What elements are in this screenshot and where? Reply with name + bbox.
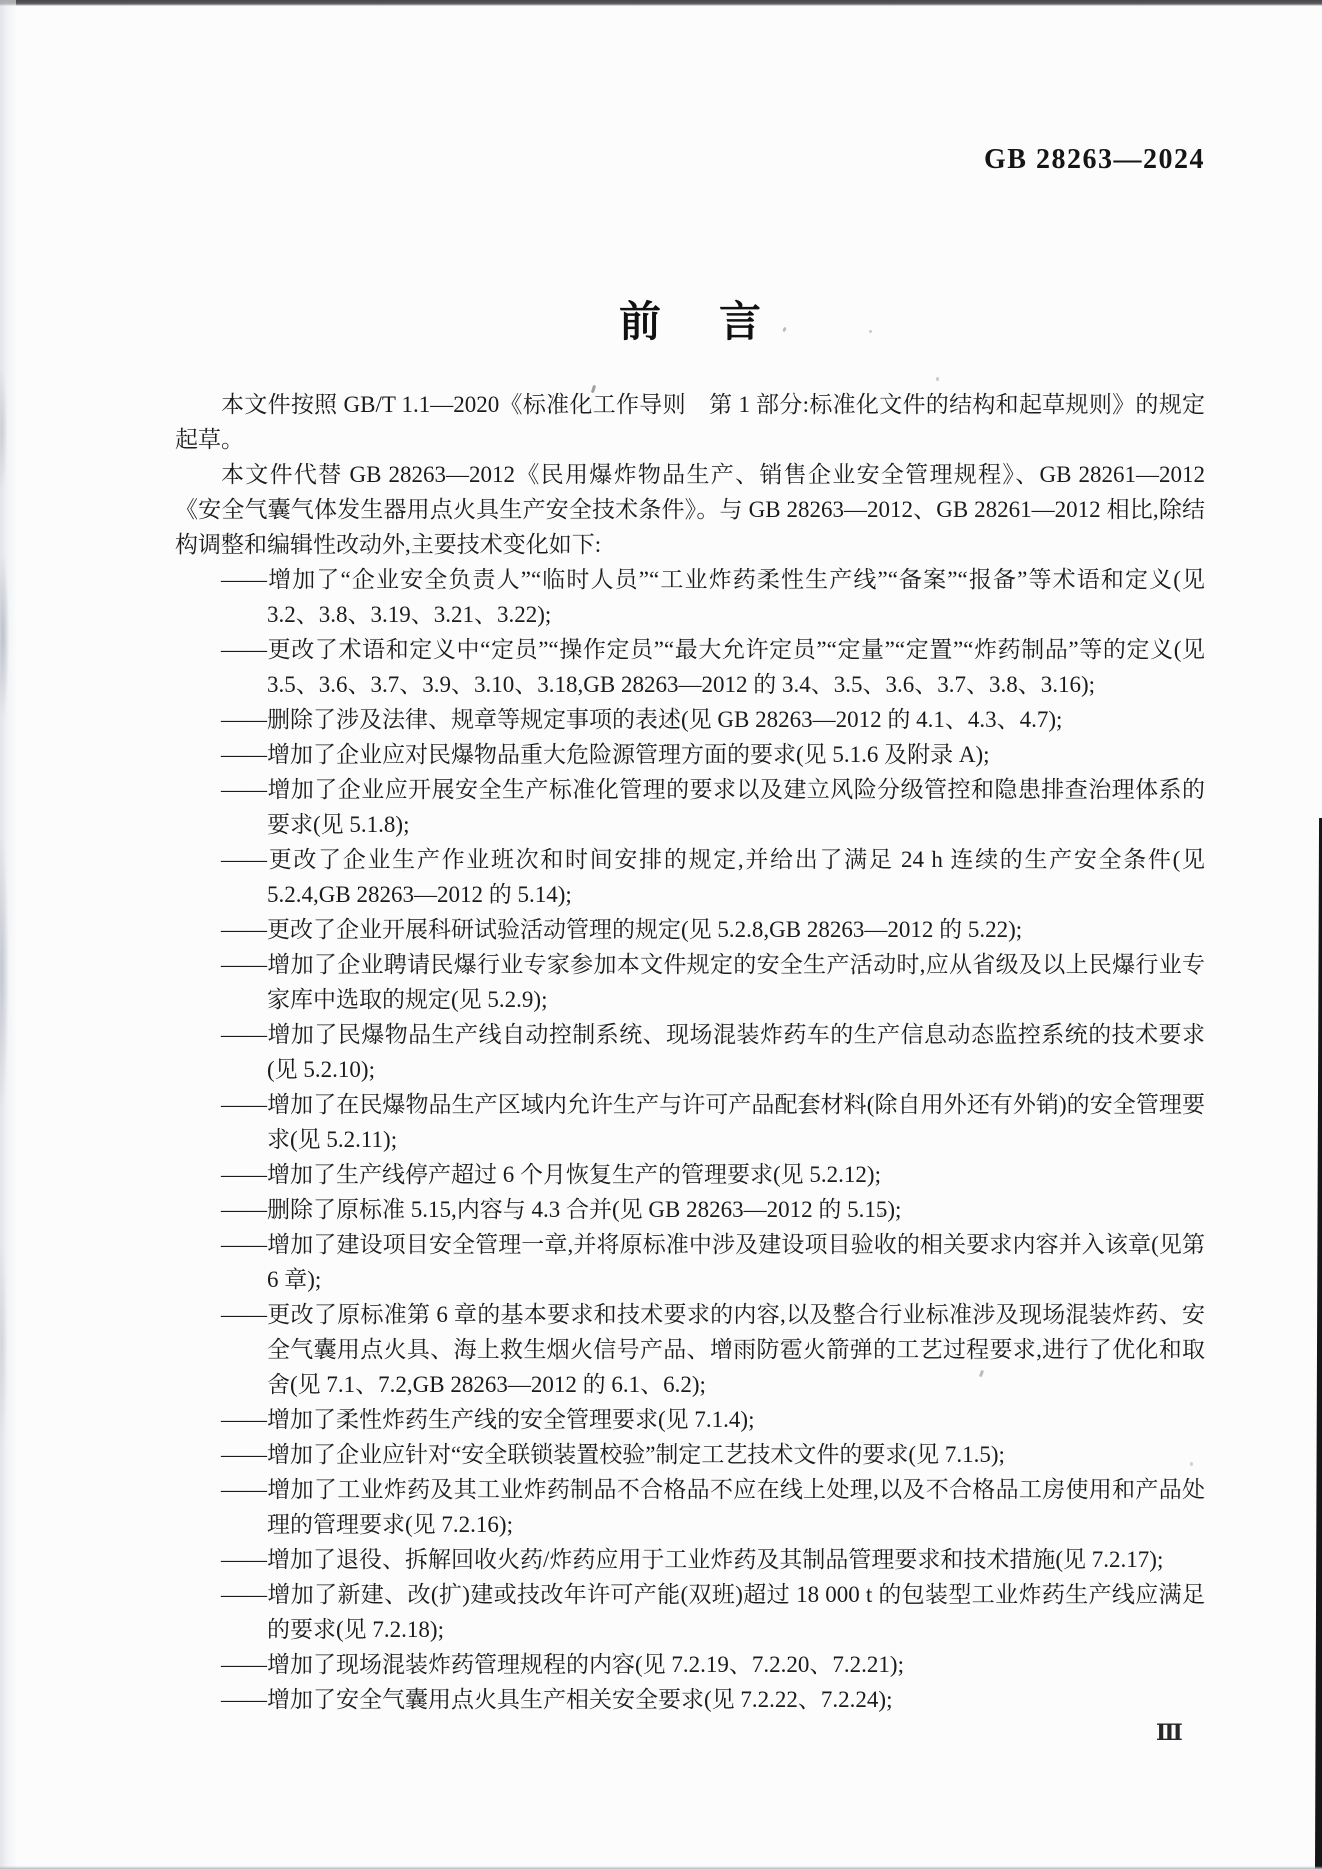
page-title: 前 言 — [175, 299, 1205, 345]
change-item: ——增加了在民爆物品生产区域内允许生产与许可产品配套材料(除自用外还有外销)的安… — [175, 1087, 1205, 1157]
standard-code: GB 28263—2024 — [984, 144, 1205, 176]
change-item: ——增加了工业炸药及其工业炸药制品不合格品不应在线上处理,以及不合格品工房使用和… — [175, 1472, 1205, 1542]
change-item: ——更改了企业开展科研试验活动管理的规定(见 5.2.8,GB 28263—20… — [175, 912, 1205, 947]
change-item: ——更改了术语和定义中“定员”“操作定员”“最大允许定员”“定量”“定置”“炸药… — [175, 632, 1205, 702]
scanned-standard-page: { "doc": { "standard_code": "GB 28263—20… — [0, 0, 1322, 1869]
change-item: ——增加了安全气囊用点火具生产相关安全要求(见 7.2.22、7.2.24); — [175, 1682, 1205, 1717]
change-item: ——增加了建设项目安全管理一章,并将原标准中涉及建设项目验收的相关要求内容并入该… — [175, 1227, 1205, 1297]
change-item: ——删除了原标准 5.15,内容与 4.3 合并(见 GB 28263—2012… — [175, 1192, 1205, 1227]
title-char-2: 言 — [719, 299, 761, 345]
change-item: ——增加了现场混装炸药管理规程的内容(见 7.2.19、7.2.20、7.2.2… — [175, 1647, 1205, 1682]
title-char-1: 前 — [619, 299, 661, 345]
change-item: ——增加了柔性炸药生产线的安全管理要求(见 7.1.4); — [175, 1402, 1205, 1437]
intro-paragraph: 本文件按照 GB/T 1.1—2020《标准化工作导则 第 1 部分:标准化文件… — [175, 387, 1205, 457]
change-item: ——删除了涉及法律、规章等规定事项的表述(见 GB 28263—2012 的 4… — [175, 702, 1205, 737]
foreword-body: 本文件按照 GB/T 1.1—2020《标准化工作导则 第 1 部分:标准化文件… — [175, 387, 1205, 1717]
change-item: ——更改了企业生产作业班次和时间安排的规定,并给出了满足 24 h 连续的生产安… — [175, 842, 1205, 912]
scan-artifact-right-edge — [1315, 818, 1322, 1869]
change-item: ——更改了原标准第 6 章的基本要求和技术要求的内容,以及整合行业标准涉及现场混… — [175, 1297, 1205, 1402]
scan-artifact-top-edge — [0, 0, 1322, 6]
change-item: ——增加了新建、改(扩)建或技改年许可产能(双班)超过 18 000 t 的包装… — [175, 1577, 1205, 1647]
scan-artifact-left-edge — [0, 0, 17, 1869]
change-item: ——增加了企业聘请民爆行业专家参加本文件规定的安全生产活动时,应从省级及以上民爆… — [175, 947, 1205, 1017]
change-item: ——增加了生产线停产超过 6 个月恢复生产的管理要求(见 5.2.12); — [175, 1157, 1205, 1192]
scan-speck — [936, 377, 939, 381]
change-item: ——增加了企业应针对“安全联锁装置校验”制定工艺技术文件的要求(见 7.1.5)… — [175, 1437, 1205, 1472]
replacement-paragraph: 本文件代替 GB 28263—2012《民用爆炸物品生产、销售企业安全管理规程》… — [175, 457, 1205, 562]
change-item: ——增加了企业应对民爆物品重大危险源管理方面的要求(见 5.1.6 及附录 A)… — [175, 737, 1205, 772]
page-number: Ⅲ — [1156, 1720, 1184, 1746]
change-item: ——增加了民爆物品生产线自动控制系统、现场混装炸药车的生产信息动态监控系统的技术… — [175, 1017, 1205, 1087]
change-item: ——增加了企业应开展安全生产标准化管理的要求以及建立风险分级管控和隐患排查治理体… — [175, 772, 1205, 842]
change-item: ——增加了“企业安全负责人”“临时人员”“工业炸药柔性生产线”“备案”“报备”等… — [175, 562, 1205, 632]
change-item: ——增加了退役、拆解回收火药/炸药应用于工业炸药及其制品管理要求和技术措施(见 … — [175, 1542, 1205, 1577]
